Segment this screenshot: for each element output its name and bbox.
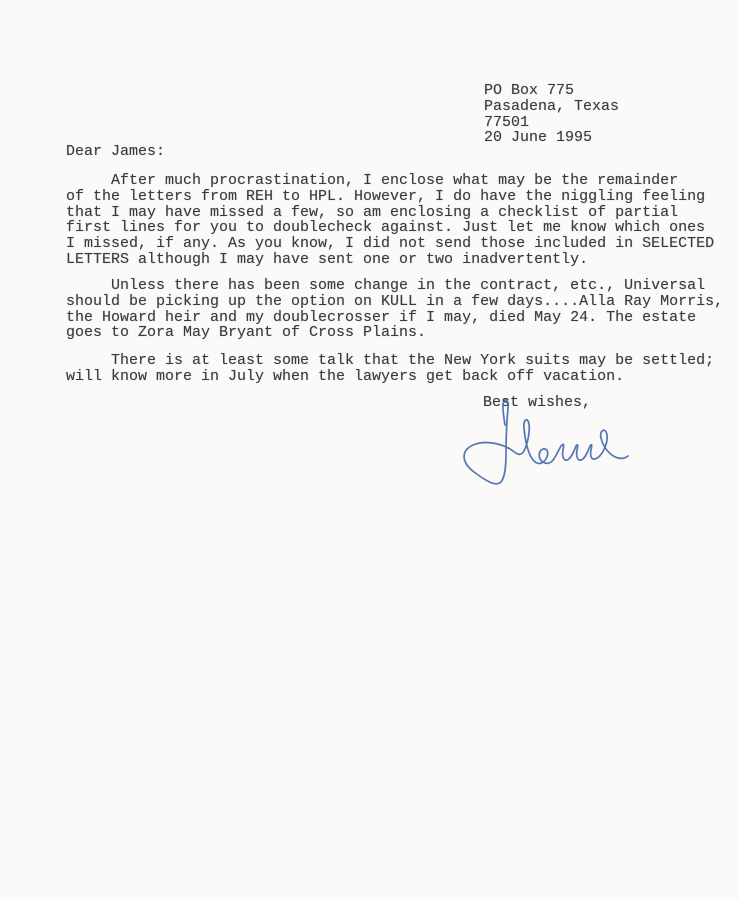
signature-glenn: [450, 395, 670, 505]
paragraph-3: There is at least some talk that the New…: [66, 353, 714, 385]
return-address-block: PO Box 775 Pasadena, Texas 77501 20 June…: [484, 83, 619, 146]
scan-speck: [712, 229, 714, 231]
salutation: Dear James:: [66, 144, 165, 160]
signature-stroke: [464, 400, 628, 484]
scan-speck: [597, 788, 599, 790]
paragraph-2: Unless there has been some change in the…: [66, 278, 723, 341]
scan-speck: [26, 683, 28, 685]
scan-speck: [629, 181, 631, 183]
letter-page: PO Box 775 Pasadena, Texas 77501 20 June…: [0, 0, 739, 900]
paragraph-1: After much procrastination, I enclose wh…: [66, 173, 714, 268]
scan-speck: [448, 620, 450, 622]
scan-speck: [112, 837, 114, 839]
